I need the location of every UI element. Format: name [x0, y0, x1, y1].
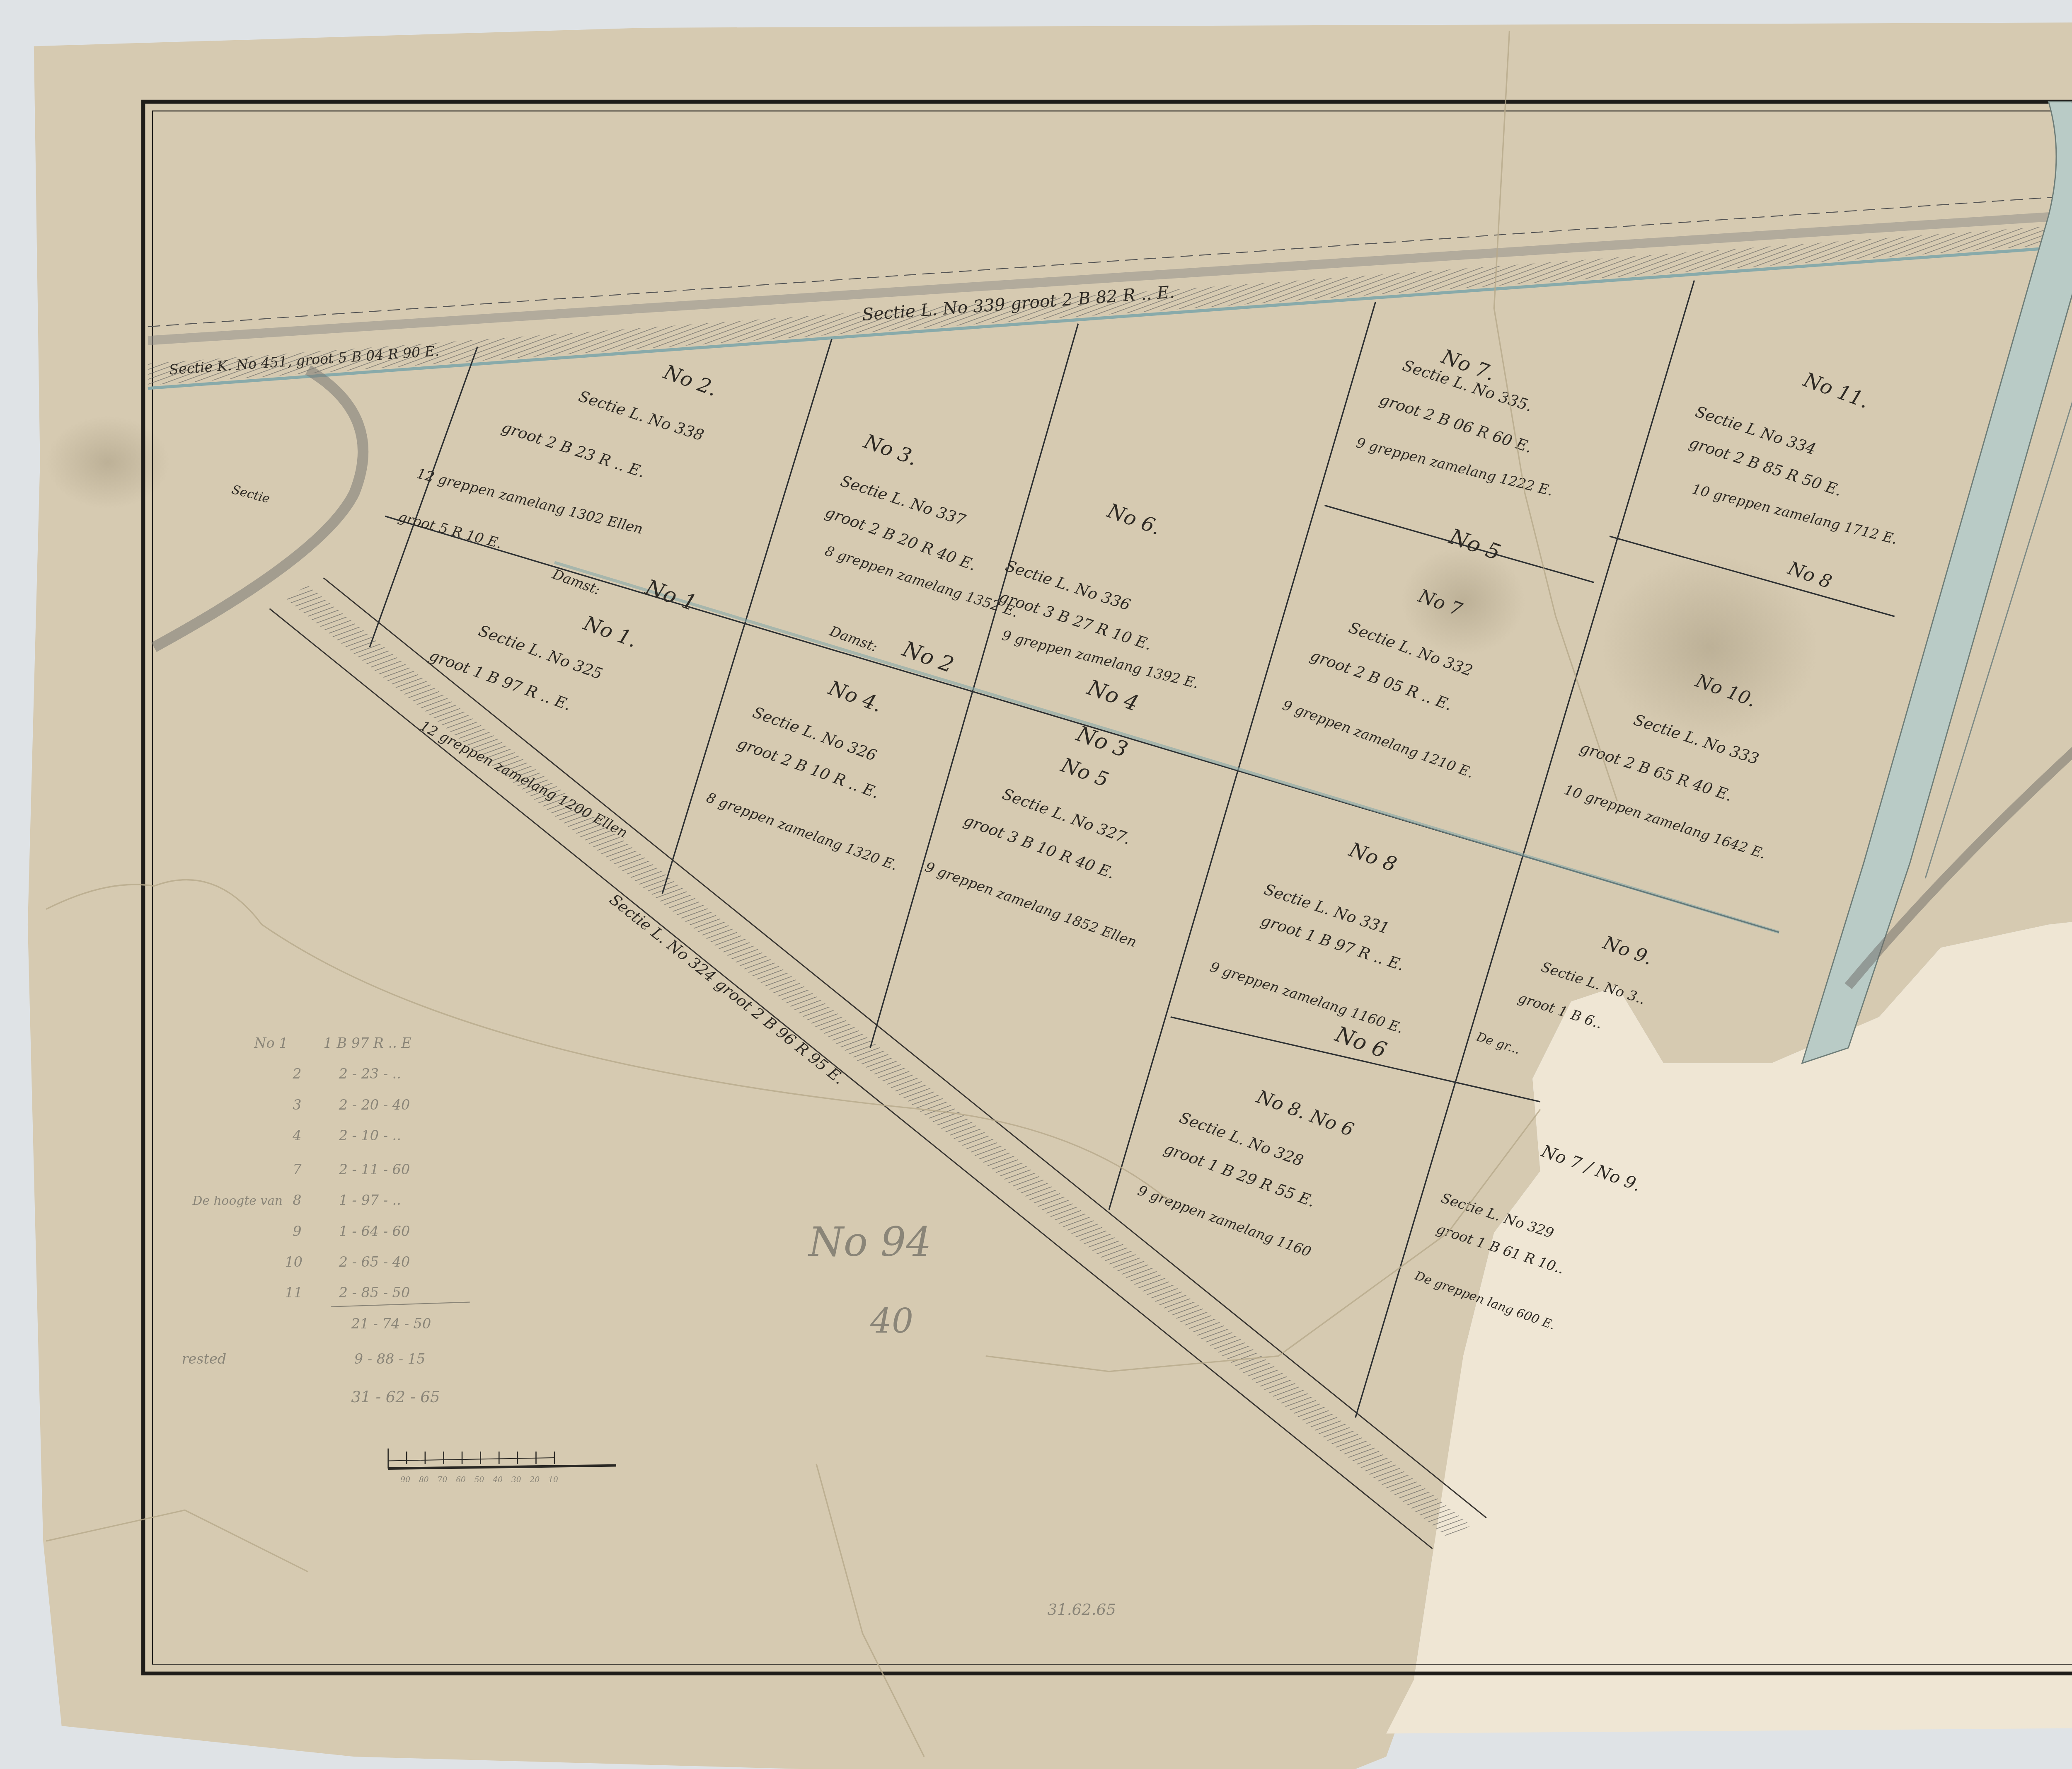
svg-text:9: 9 [293, 1223, 301, 1239]
svg-text:No 1: No 1 [254, 1035, 288, 1051]
pencil-subnumber: 40 [870, 1302, 913, 1341]
svg-text:1 - 97 - ..: 1 - 97 - .. [339, 1192, 401, 1208]
svg-text:rested: rested [182, 1351, 227, 1367]
map-canvas: Sectie L. No 339 groot 2 B 82 R .. E. Se… [0, 0, 2072, 1769]
svg-text:1 - 64 - 60: 1 - 64 - 60 [339, 1223, 410, 1239]
svg-text:10: 10 [548, 1476, 558, 1484]
svg-text:80: 80 [419, 1476, 429, 1484]
svg-text:2 - 20 - 40: 2 - 20 - 40 [339, 1097, 410, 1113]
bottom-pencil-note: 31.62.65 [1047, 1600, 1116, 1619]
svg-text:60: 60 [456, 1476, 466, 1484]
svg-text:2 - 10 - ..: 2 - 10 - .. [339, 1127, 401, 1144]
svg-text:40: 40 [492, 1476, 503, 1484]
svg-text:2 - 11 - 60: 2 - 11 - 60 [339, 1161, 410, 1178]
svg-text:8: 8 [293, 1192, 301, 1208]
svg-text:1 B 97 R .. E: 1 B 97 R .. E [324, 1035, 411, 1051]
svg-text:9 - 88 - 15: 9 - 88 - 15 [354, 1351, 425, 1367]
svg-text:2 - 65 - 40: 2 - 65 - 40 [339, 1254, 410, 1270]
svg-text:De hoogte van: De hoogte van [192, 1194, 283, 1208]
pencil-number: No 94 [808, 1219, 931, 1265]
svg-text:90: 90 [400, 1476, 410, 1484]
svg-text:2 - 23 - ..: 2 - 23 - .. [339, 1066, 401, 1082]
svg-text:20: 20 [530, 1476, 540, 1484]
svg-text:30: 30 [511, 1476, 521, 1484]
svg-text:2 - 85 - 50: 2 - 85 - 50 [339, 1284, 410, 1301]
map-sheet: Sectie L. No 339 groot 2 B 82 R .. E. Se… [0, 0, 2072, 1769]
svg-text:50: 50 [474, 1476, 484, 1484]
svg-text:10: 10 [285, 1254, 303, 1270]
svg-text:70: 70 [438, 1476, 448, 1484]
svg-text:11: 11 [285, 1284, 303, 1301]
svg-text:7: 7 [293, 1161, 302, 1178]
svg-text:21 - 74 - 50: 21 - 74 - 50 [351, 1316, 431, 1332]
svg-text:2: 2 [292, 1066, 301, 1082]
svg-text:31 - 62 - 65: 31 - 62 - 65 [351, 1388, 440, 1406]
svg-text:4: 4 [292, 1127, 301, 1144]
svg-text:3: 3 [293, 1097, 301, 1113]
